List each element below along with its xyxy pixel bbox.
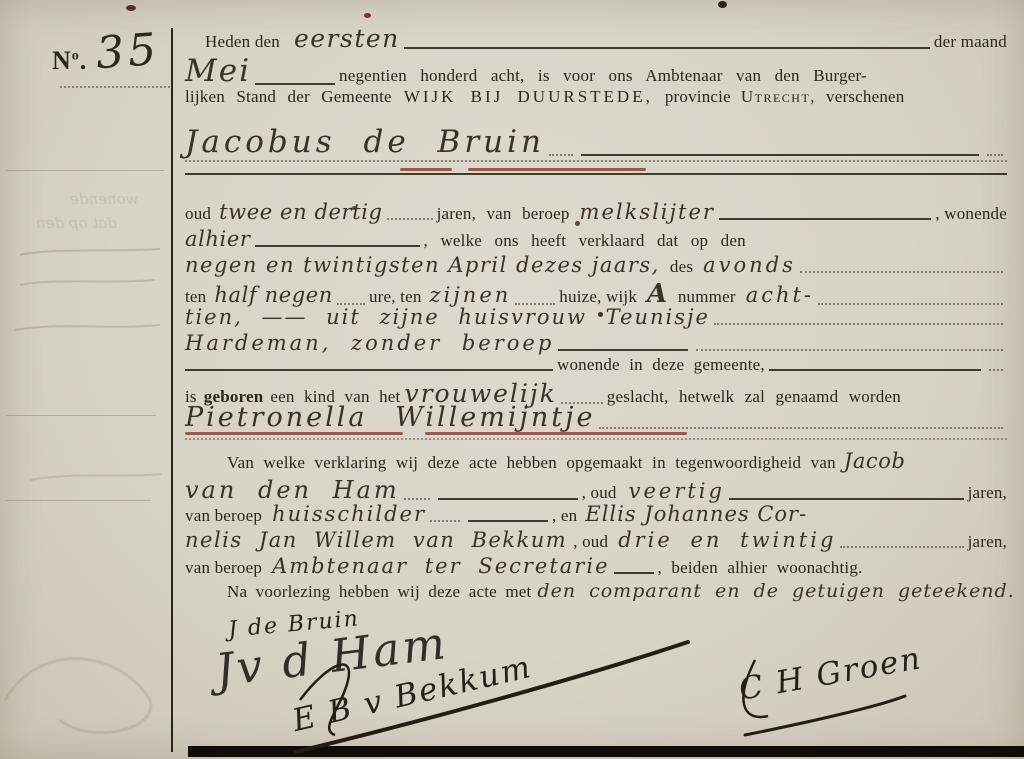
printed-text: jaren, van beroep <box>437 204 570 224</box>
hw-witness1-firstname: Jacob <box>844 449 906 473</box>
printed-text: jaren, <box>968 532 1007 552</box>
blank-rule <box>185 368 553 371</box>
hw-witness1-age: veertig <box>629 479 725 503</box>
printed-text: , beiden alhier woonachtig. <box>658 558 1008 578</box>
hw-hour: half negen <box>214 283 333 307</box>
hw-birthdate: negen en twintigsten April dezes jaars, <box>185 253 660 277</box>
dotted-filler <box>714 322 1003 325</box>
printed-text: ten <box>185 287 206 307</box>
blank-solid-line <box>185 173 1007 175</box>
hw-mother-part2: Hardeman, zonder beroep <box>185 331 554 355</box>
hw-witness2-names: Ellis Johannes Cor- <box>585 502 1007 526</box>
printed-text: provincie <box>665 87 731 107</box>
form-line-witness2: nelis Jan Willem van Bekkum , oud drie e… <box>185 528 1007 552</box>
blank-rule <box>404 46 930 49</box>
dotted-filler <box>404 497 430 500</box>
hw-witness2-surname: nelis Jan Willem van Bekkum <box>185 528 567 552</box>
ghost-squiggle <box>20 280 155 285</box>
hw-declarant-name: Jacobus de Bruin <box>185 124 545 160</box>
ink-speck <box>718 1 727 8</box>
clerk-red-underline <box>468 168 646 171</box>
ghost-bleedthrough-text: dat op den <box>36 214 117 232</box>
form-line-birthdate: negen en twintigsten April dezes jaars, … <box>185 253 1007 277</box>
ghost-rule <box>6 170 164 171</box>
clerk-red-underline <box>425 432 687 435</box>
printed-text: huize, wijk <box>559 287 637 307</box>
dotted-filler <box>696 348 1003 351</box>
blank-dotted-line <box>185 160 1007 162</box>
act-number-label: No. <box>52 46 87 76</box>
hw-whose-house: zijnen <box>430 283 512 307</box>
form-line-residence: alhier , welke ons heeft verklaard dat o… <box>185 227 1007 251</box>
form-line-voorlezing: Na voorlezing hebben wij deze acte met d… <box>185 580 1007 602</box>
dotted-filler <box>599 426 1003 429</box>
hw-daypart: avonds <box>703 253 796 277</box>
ink-speck <box>364 13 371 18</box>
province-name: Utrecht, <box>741 87 816 107</box>
printed-text: oud <box>185 204 211 224</box>
blank-rule <box>255 82 335 85</box>
margin-vertical-rule <box>171 28 173 752</box>
ghost-squiggle <box>30 474 162 480</box>
dotted-filler <box>800 270 1003 273</box>
hw-day: eersten <box>294 24 400 53</box>
hw-closing-clause: den comparant en de getuigen geteekend. <box>537 580 1014 602</box>
printed-text: Heden den <box>205 32 280 52</box>
hw-residence: alhier <box>185 227 251 251</box>
printed-text: der maand <box>934 32 1007 52</box>
blank-dotted-line <box>185 438 1007 440</box>
printed-text: jaren, <box>968 483 1007 503</box>
printed-text: , wonende <box>935 204 1007 224</box>
scan-bottom-edge <box>188 746 1024 757</box>
hw-occupation: melkslijter <box>580 200 715 224</box>
form-line-witness1: van den Ham , oud veertig jaren, <box>185 476 1007 504</box>
form-line-mother-surname: Hardeman, zonder beroep <box>185 331 1007 355</box>
printed-text: verschenen <box>826 87 904 107</box>
form-line-age-occupation: oud twee en dertig jaren, van beroep mel… <box>185 200 1007 224</box>
form-line-month: Mei negentien honderd acht, is voor ons … <box>185 53 1007 89</box>
form-line-mother: tien, —— uit zijne huisvrouw Teunisje <box>185 305 1007 329</box>
printed-text: lijken Stand der Gemeente <box>185 87 392 107</box>
blank-rule <box>468 519 548 522</box>
printed-text: des <box>670 257 693 277</box>
hw-month: Mei <box>185 53 251 89</box>
form-line-witness2-occupation: van beroep Ambtenaar ter Secretarie , be… <box>185 554 1007 578</box>
ghost-squiggle <box>15 325 160 330</box>
gemeente-name: WIJK BIJ DUURSTEDE, <box>404 87 653 107</box>
printed-text: Na voorlezing hebben wij deze acte met <box>227 582 531 602</box>
hw-witness2-age: drie en twintig <box>618 528 836 552</box>
hw-age: twee en dertig <box>219 200 382 224</box>
ghost-rule <box>6 500 151 501</box>
printed-text: van beroep <box>185 558 262 578</box>
printed-text: , welke ons heeft verklaard dat op den <box>424 231 1007 251</box>
act-number-dotted-line <box>60 86 170 88</box>
printed-text: van beroep <box>185 506 262 526</box>
blank-rule <box>255 244 420 247</box>
dotted-filler <box>387 217 433 220</box>
printed-text: ure, ten <box>369 287 422 307</box>
dotted-filler <box>989 368 1003 371</box>
form-line-witness1-occupation: van beroep huisschilder , en Ellis Johan… <box>185 502 1007 526</box>
hw-witness2-occupation: Ambtenaar ter Secretarie <box>272 554 609 578</box>
ghost-bleedthrough-text: wonende <box>70 190 139 208</box>
printed-text: negentien honderd acht, is voor ons Ambt… <box>339 66 1007 86</box>
form-line-child-name: Pietronella Willemijntje <box>185 402 1007 433</box>
form-line-gemeente: lijken Stand der Gemeente WIJK BIJ DUURS… <box>185 87 1007 107</box>
ghost-squiggle <box>20 249 160 255</box>
printed-text: , oud <box>582 483 617 503</box>
ghost-squiggle <box>5 659 151 733</box>
form-line-witness-intro: Van welke verklaring wij deze acte hebbe… <box>185 449 1007 473</box>
printed-text: nummer <box>678 287 736 307</box>
dotted-filler <box>549 153 573 156</box>
hw-witness1-surname: van den Ham <box>185 476 400 504</box>
printed-text: , en <box>552 506 577 526</box>
clerk-red-underline <box>400 168 452 171</box>
dotted-filler <box>430 519 460 522</box>
dotted-filler <box>987 153 1003 156</box>
clerk-red-underline <box>185 432 403 435</box>
blank-rule <box>769 368 981 371</box>
blank-rule <box>729 497 964 500</box>
dotted-filler <box>840 545 963 548</box>
blank-rule <box>438 497 578 500</box>
hw-witness1-occupation: huisschilder <box>272 502 426 526</box>
signature-registrar: C H Groen <box>736 640 924 708</box>
hw-child-name: Pietronella Willemijntje <box>185 402 595 433</box>
blank-rule <box>581 153 979 156</box>
blank-rule <box>719 217 931 220</box>
ghost-rule <box>6 415 156 416</box>
act-number-value: 35 <box>94 24 161 79</box>
hw-mother-part1: tien, —— uit zijne huisvrouw Teunisje <box>185 305 710 329</box>
printed-text: wonende in deze gemeente, <box>557 355 765 375</box>
birth-certificate-scan: No. 35 wonende dat op den Heden den eers… <box>0 0 1024 759</box>
printed-text: , oud <box>573 532 608 552</box>
printed-text: Van welke verklaring wij deze acte hebbe… <box>227 453 836 473</box>
ink-speck <box>126 5 136 11</box>
form-line-heden: Heden den eersten der maand <box>185 24 1007 53</box>
form-line-gemeente-residence: wonende in deze gemeente, <box>185 355 1007 375</box>
form-line-declarant-name: Jacobus de Bruin <box>185 124 1007 160</box>
blank-rule <box>558 348 688 351</box>
blank-rule <box>614 571 654 574</box>
hw-house-number: acht- <box>746 283 814 307</box>
